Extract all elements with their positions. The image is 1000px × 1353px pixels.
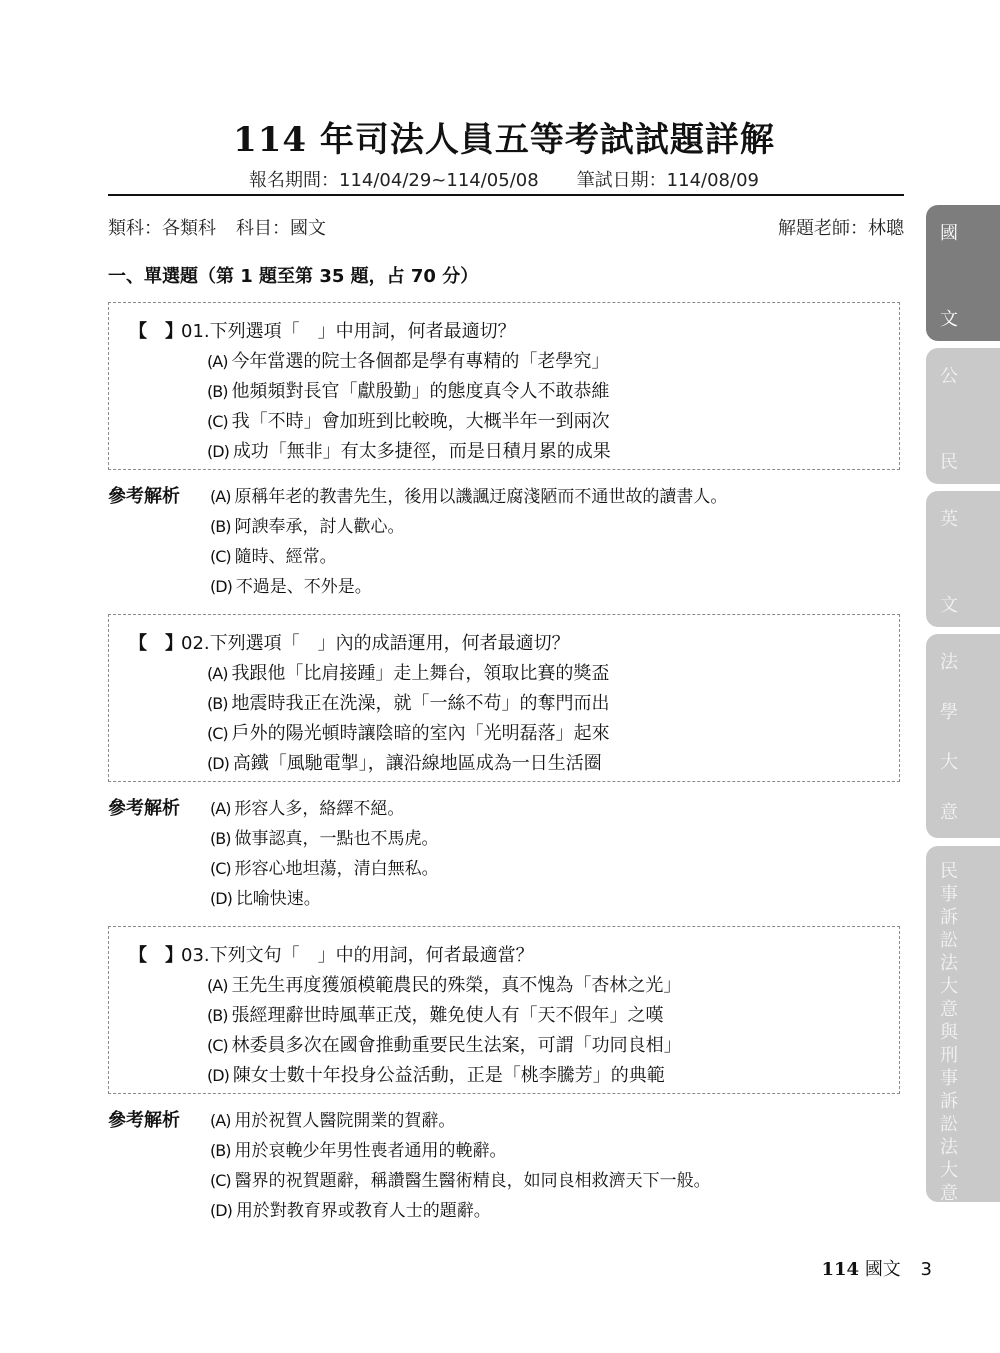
category-label: 類科：各類科 <box>108 218 216 239</box>
question-box-02: 【 】02.下列選項「 」內的成語運用，何者最適切？ (A)我跟他「比肩接踵」走… <box>108 614 900 782</box>
answer-bracket: 【 】 <box>129 941 181 967</box>
question-text: 下列文句「 」中的用詞，何者最適當？ <box>210 945 534 966</box>
page-number: 3 <box>921 1259 932 1280</box>
option-d: (D)陳女士數十年投身公益活動，正是「桃李騰芳」的典範 <box>207 1061 665 1087</box>
analysis-d: (D)不過是、不外是。 <box>210 572 372 597</box>
tab-chinese[interactable]: 國 文 <box>926 205 1000 341</box>
exam-meta: 類科：各類科科目：國文 解題老師：林聰 <box>108 214 904 240</box>
analysis-c: (C)醫界的祝賀題辭，稱讚醫生醫術精良，如同良相救濟天下一般。 <box>210 1166 711 1191</box>
option-c: (C)戶外的陽光頓時讓陰暗的室內「光明磊落」起來 <box>207 719 610 745</box>
question-number: 03. <box>181 945 210 966</box>
question-stem: 【 】03.下列文句「 」中的用詞，何者最適當？ <box>129 941 534 967</box>
analysis-c: (C)隨時、經常。 <box>210 542 337 567</box>
header-divider <box>108 194 904 196</box>
option-a: (A)我跟他「比肩接踵」走上舞台，領取比賽的獎盃 <box>207 659 609 685</box>
exam-date: 筆試日期：114/08/09 <box>577 170 759 191</box>
footer-subject: 國文 <box>865 1259 901 1280</box>
option-c: (C)我「不時」會加班到比較晚，大概半年一到兩次 <box>207 407 610 433</box>
page-title: 114 年司法人員五等考試試題詳解 <box>0 112 1000 161</box>
analysis-a: (A)用於祝賀人醫院開業的賀辭。 <box>210 1106 455 1131</box>
registration-period: 報名期間：114/04/29~114/05/08 <box>249 170 539 191</box>
analysis-d: (D)比喻快速。 <box>210 884 321 909</box>
tab-law-basics[interactable]: 法 學 大 意 <box>926 634 1000 838</box>
question-stem: 【 】01.下列選項「 」中用詞，何者最適切？ <box>129 317 516 343</box>
teacher-label: 解題老師：林聰 <box>778 214 904 240</box>
analysis-c: (C)形容心地坦蕩，清白無私。 <box>210 854 439 879</box>
question-stem: 【 】02.下列選項「 」內的成語運用，何者最適切？ <box>129 629 570 655</box>
answer-bracket: 【 】 <box>129 317 181 343</box>
option-d: (D)高鐵「風馳電掣」，讓沿線地區成為一日生活圈 <box>207 749 602 775</box>
analysis-a: (A)形容人多，絡繹不絕。 <box>210 794 404 819</box>
question-text: 下列選項「 」中用詞，何者最適切？ <box>210 321 516 342</box>
option-a: (A)王先生再度獲頒模範農民的殊榮，真不愧為「杏林之光」 <box>207 971 681 997</box>
question-number: 01. <box>181 321 210 342</box>
footer-year: 114 <box>822 1259 860 1280</box>
analysis-a: (A)原稱年老的教書先生，後用以譏諷迂腐淺陋而不通世故的讀書人。 <box>210 482 727 507</box>
question-number: 02. <box>181 633 210 654</box>
option-b: (B)張經理辭世時風華正茂，難免使人有「天不假年」之嘆 <box>207 1001 663 1027</box>
page-footer: 114 國文 3 <box>822 1255 933 1281</box>
question-box-01: 【 】01.下列選項「 」中用詞，何者最適切？ (A)今年當選的院士各個都是學有… <box>108 302 900 470</box>
option-b: (B)他頻頻對長官「獻殷勤」的態度真令人不敢恭維 <box>207 377 609 403</box>
option-b: (B)地震時我正在洗澡，就「一絲不苟」的奪門而出 <box>207 689 609 715</box>
analysis-b: (B)阿諛奉承，討人歡心。 <box>210 512 404 537</box>
question-box-03: 【 】03.下列文句「 」中的用詞，何者最適當？ (A)王先生再度獲頒模範農民的… <box>108 926 900 1094</box>
analysis-d: (D)用於對教育界或教育人士的題辭。 <box>210 1196 491 1221</box>
tab-procedure-law-label: 民事訴訟法大意與刑事訴訟法大意 <box>937 860 961 1205</box>
question-text: 下列選項「 」內的成語運用，何者最適切？ <box>210 633 570 654</box>
tab-procedure-law[interactable]: 民事訴訟法大意與刑事訴訟法大意 <box>926 846 1000 1202</box>
option-d: (D)成功「無非」有太多捷徑，而是日積月累的成果 <box>207 437 611 463</box>
tab-civics[interactable]: 公 民 <box>926 348 1000 484</box>
analysis-label: 參考解析 <box>108 482 180 508</box>
exam-schedule: 報名期間：114/04/29~114/05/08筆試日期：114/08/09 <box>0 166 1000 192</box>
answer-bracket: 【 】 <box>129 629 181 655</box>
tab-english[interactable]: 英 文 <box>926 491 1000 627</box>
analysis-label: 參考解析 <box>108 794 180 820</box>
option-a: (A)今年當選的院士各個都是學有專精的「老學究」 <box>207 347 609 373</box>
analysis-b: (B)做事認真，一點也不馬虎。 <box>210 824 438 849</box>
option-c: (C)林委員多次在國會推動重要民生法案，可謂「功同良相」 <box>207 1031 682 1057</box>
analysis-b: (B)用於哀輓少年男性喪者通用的輓辭。 <box>210 1136 506 1161</box>
subject-label: 科目：國文 <box>236 218 326 239</box>
analysis-label: 參考解析 <box>108 1106 180 1132</box>
section-heading: 一、單選題（第 1 題至第 35 題，占 70 分） <box>108 262 478 288</box>
